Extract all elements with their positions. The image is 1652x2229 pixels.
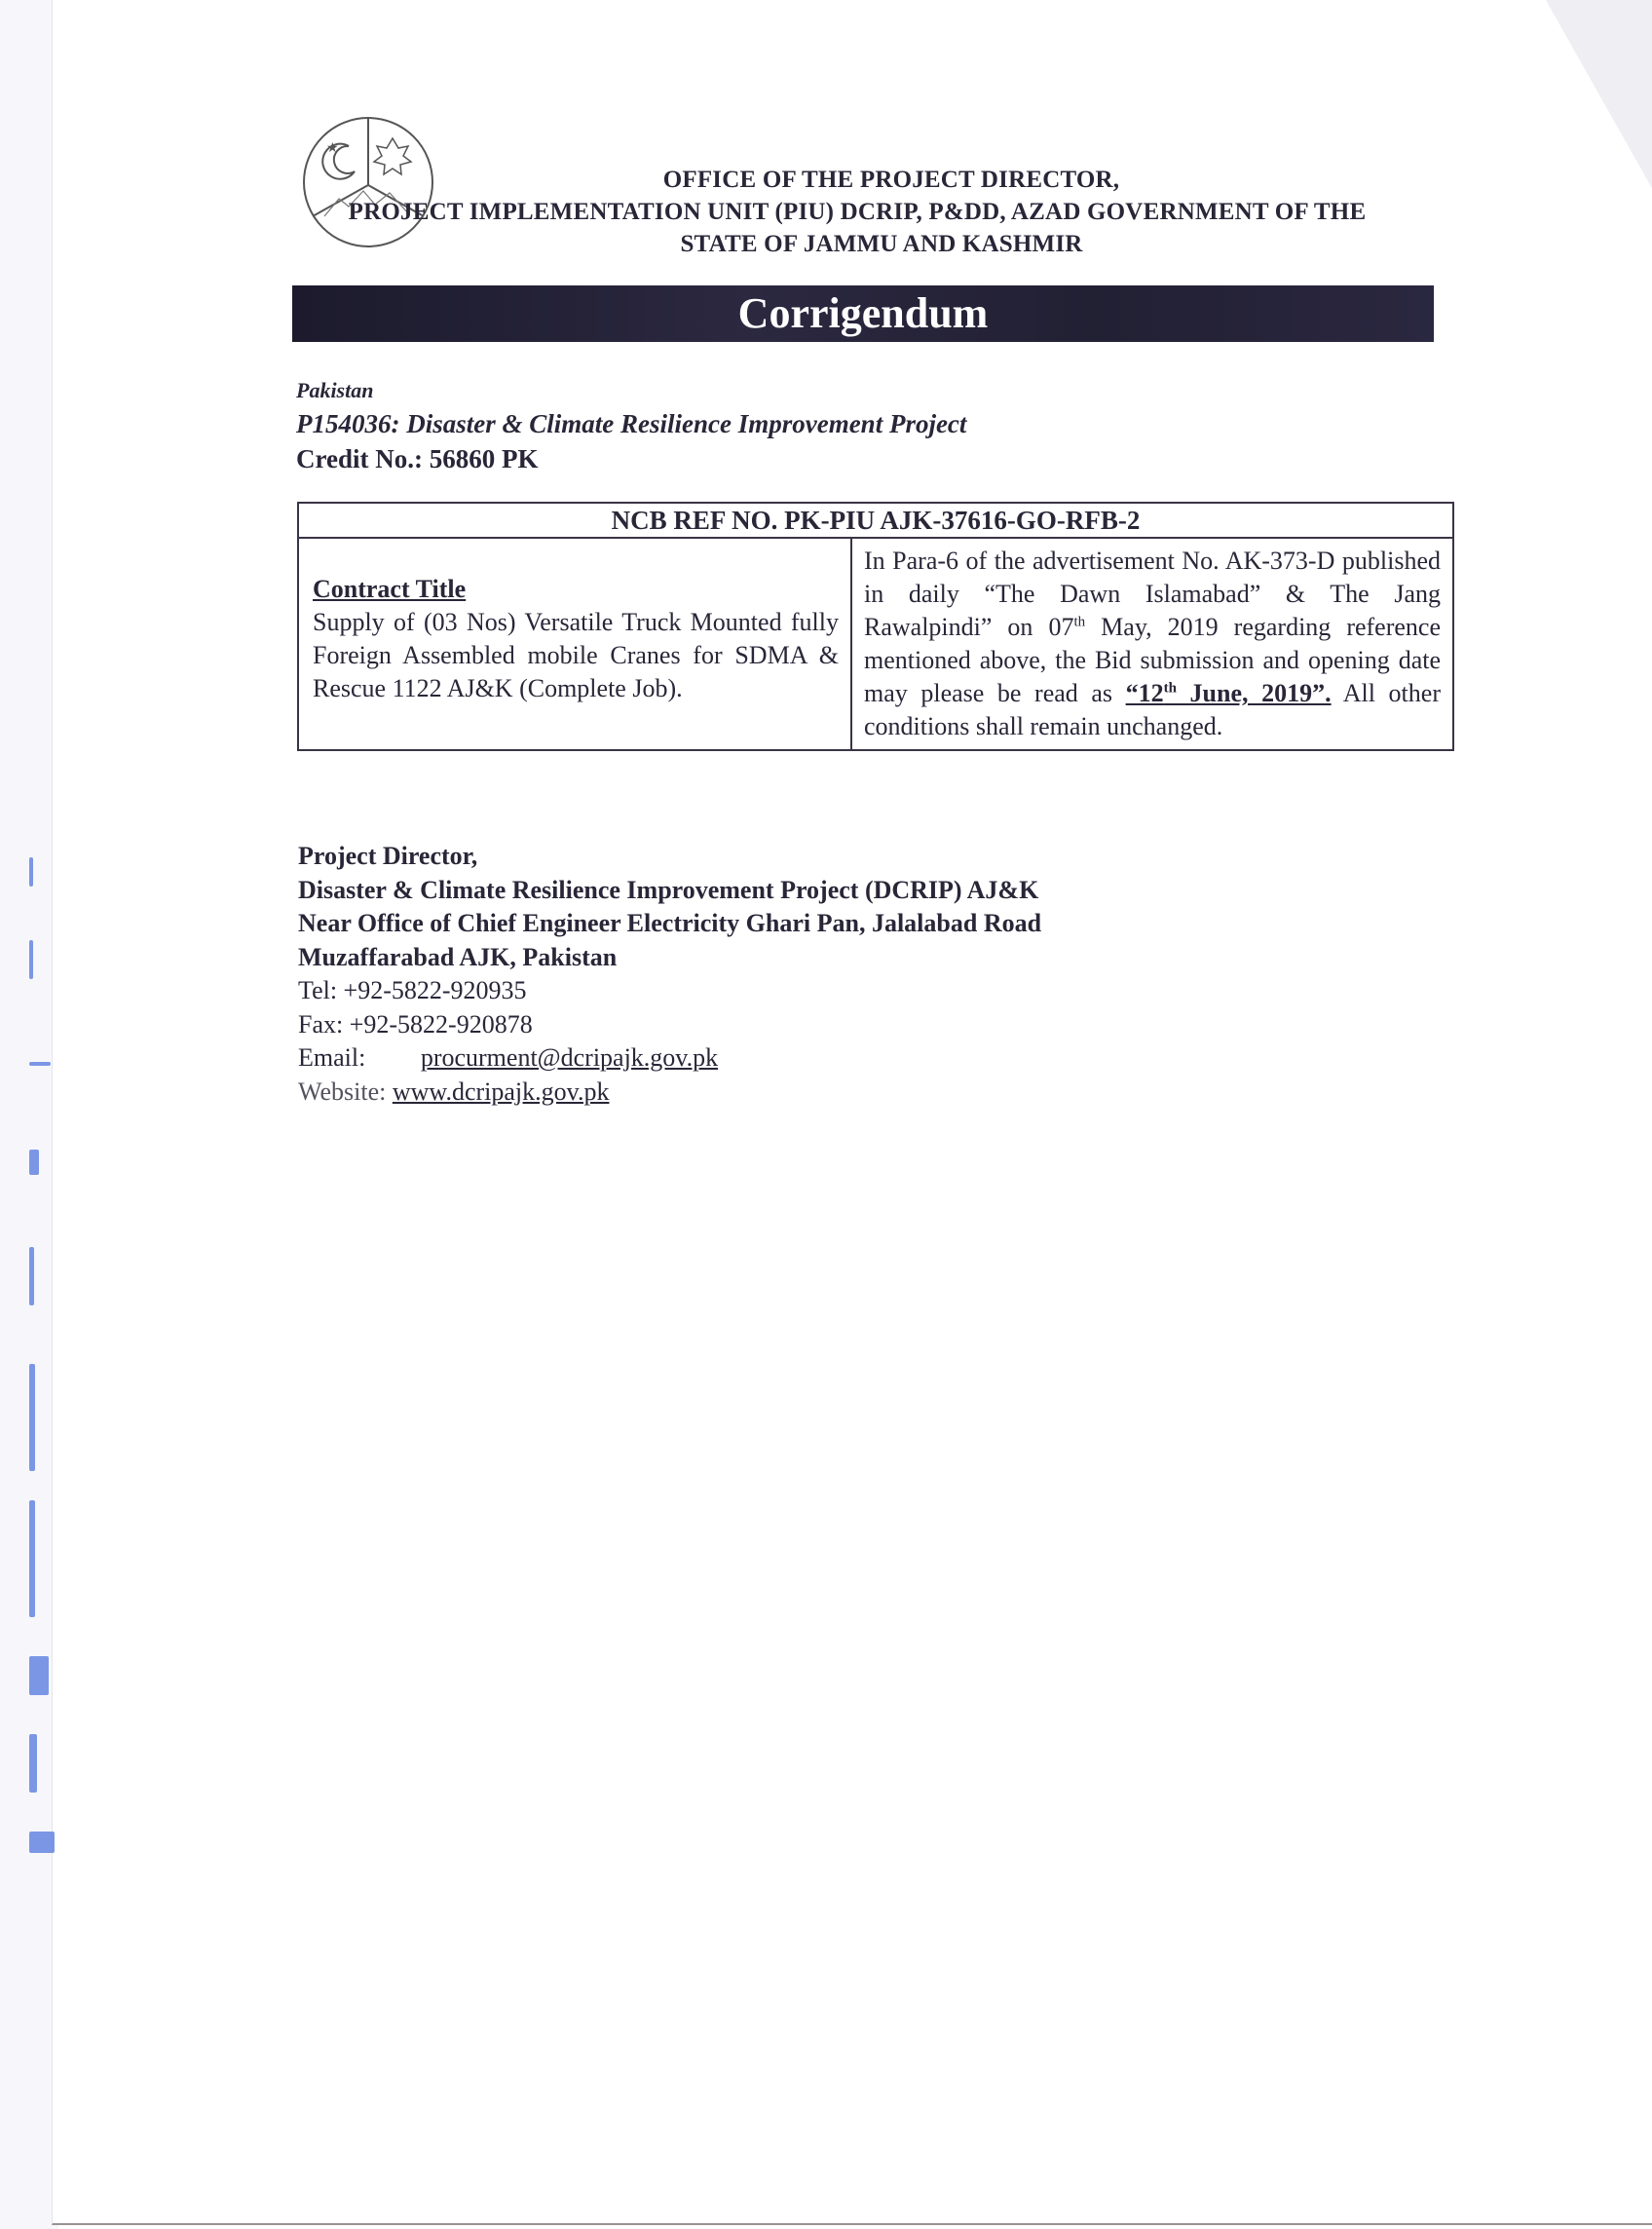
contract-title-label: Contract Title (313, 573, 839, 606)
contract-title-text: Supply of (03 Nos) Versatile Truck Mount… (313, 608, 839, 702)
project-name: P154036: Disaster & Climate Resilience I… (296, 406, 966, 441)
notice-cell: In Para-6 of the advertisement No. AK-37… (851, 538, 1453, 750)
website-label: Website: (298, 1077, 386, 1106)
contact-website-row: Website: www.dcripajk.gov.pk (298, 1076, 1041, 1110)
contact-tel: Tel: +92-5822-920935 (298, 974, 1041, 1008)
header-line-3: STATE OF JAMMU AND KASHMIR (292, 228, 1422, 260)
new-bid-date: “12th June, 2019”. (1126, 679, 1332, 707)
corrigendum-banner: Corrigendum (292, 285, 1434, 342)
email-label: Email: (298, 1043, 365, 1072)
office-header: OFFICE OF THE PROJECT DIRECTOR, PROJECT … (292, 164, 1422, 260)
folded-corner (1546, 0, 1652, 190)
contact-block: Project Director, Disaster & Climate Res… (298, 840, 1041, 1109)
notice-sup-1: th (1073, 614, 1085, 629)
credit-number: Credit No.: 56860 PK (296, 441, 966, 476)
contract-title-cell: Contract Title Supply of (03 Nos) Versat… (298, 538, 851, 750)
handwritten-margin-note (10, 857, 58, 1939)
contact-address-1: Near Office of Chief Engineer Electricit… (298, 907, 1041, 941)
header-line-1: OFFICE OF THE PROJECT DIRECTOR, (292, 164, 1422, 196)
contact-org: Disaster & Climate Resilience Improvemen… (298, 874, 1041, 908)
contact-title: Project Director, (298, 840, 1041, 874)
email-link[interactable]: procurment@dcripajk.gov.pk (421, 1043, 718, 1072)
header-line-2: PROJECT IMPLEMENTATION UNIT (PIU) DCRIP,… (292, 196, 1422, 228)
new-date-month-year: June, 2019”. (1177, 679, 1332, 707)
reference-table: NCB REF NO. PK-PIU AJK-37616-GO-RFB-2 Co… (297, 502, 1454, 751)
project-meta: Pakistan P154036: Disaster & Climate Res… (296, 375, 966, 476)
contact-email-row: Email: procurment@dcripajk.gov.pk (298, 1041, 1041, 1076)
contact-address-2: Muzaffarabad AJK, Pakistan (298, 941, 1041, 975)
new-date-day: “12 (1126, 679, 1164, 707)
ncb-ref-header: NCB REF NO. PK-PIU AJK-37616-GO-RFB-2 (298, 503, 1453, 538)
contact-fax: Fax: +92-5822-920878 (298, 1008, 1041, 1042)
svg-text:★: ★ (326, 141, 339, 156)
country: Pakistan (296, 375, 966, 406)
new-date-sup: th (1164, 680, 1177, 696)
website-link[interactable]: www.dcripajk.gov.pk (393, 1077, 610, 1106)
